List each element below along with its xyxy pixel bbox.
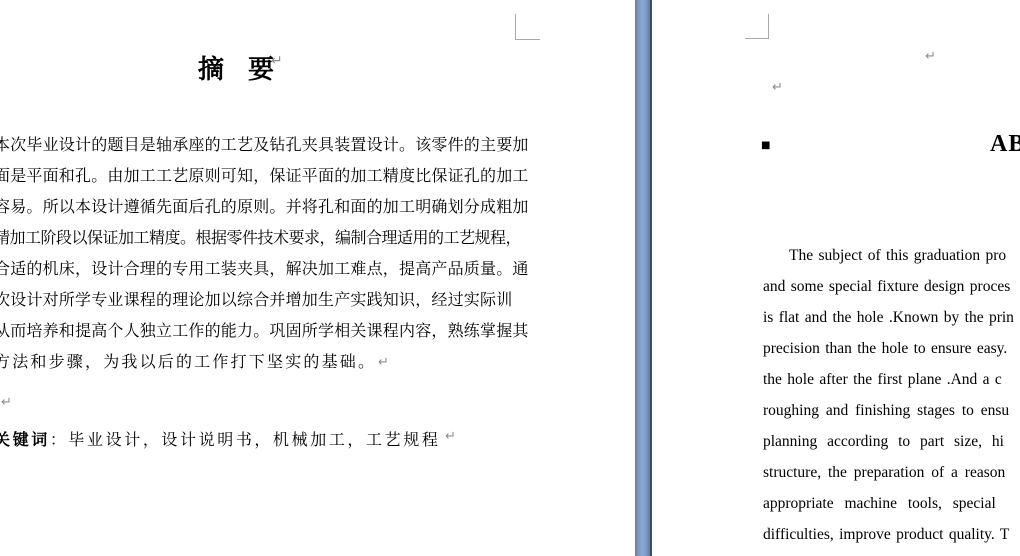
paragraph-line: appropriate machine tools, special xyxy=(763,488,1020,519)
paragraph-line: 方法和步骤，为我以后的工作打下坚实的基础。 xyxy=(0,347,554,378)
text-boundary-crop-mark-icon xyxy=(745,14,769,39)
pilcrow-mark-icon: ↵ xyxy=(271,55,283,68)
pilcrow-mark-icon: ↵ xyxy=(445,430,456,443)
english-abstract-title: ABSTRACT xyxy=(990,131,1020,158)
pilcrow-mark-icon: ↵ xyxy=(1,396,12,409)
paragraph-line: difficulties, improve product quality. T xyxy=(763,519,1020,550)
keywords-text: 毕业设计，设计说明书，机械加工，工艺规程 xyxy=(68,432,440,449)
page-gap-divider xyxy=(635,0,652,556)
left-page-chinese-abstract[interactable]: 摘 要 ↵ 本次毕业设计的题目是轴承座的工艺及钻孔夹具装置设计。该零件的主要加 … xyxy=(0,0,635,556)
paragraph-line: 本次毕业设计的题目是轴承座的工艺及钻孔夹具装置设计。该零件的主要加 xyxy=(0,130,554,161)
document-viewport: { "left_page": { "title": "摘 要", "body_l… xyxy=(0,0,1020,556)
chinese-abstract-title: 摘 要 xyxy=(198,49,273,86)
text-boundary-crop-mark-icon xyxy=(515,14,540,40)
keywords-line: 关键词：毕业设计，设计说明书，机械加工，工艺规程 xyxy=(0,427,440,450)
paragraph-line: and some special fixture design proces xyxy=(763,271,1020,302)
right-page-english-abstract[interactable]: ↵ ↵ ■ ABSTRACT The subject of this gradu… xyxy=(652,0,1020,556)
paragraph-line: 从而培养和提高个人独立工作的能力。巩固所学相关课程内容，熟练掌握其 xyxy=(0,316,554,347)
paragraph-line: The subject of this graduation pro xyxy=(763,240,1020,271)
paragraph-line: 精加工阶段以保证加工精度。根据零件技术要求，编制合理适用的工艺规程， xyxy=(0,223,554,254)
pilcrow-mark-icon: ↵ xyxy=(925,50,936,63)
paragraph-line: precision than the hole to ensure easy. xyxy=(763,333,1020,364)
paragraph-line: 次设计对所学专业课程的理论加以综合并增加生产实践知识，经过实际训 xyxy=(0,285,554,316)
paragraph-line: 面是平面和孔。由加工工艺原则可知，保证平面的加工精度比保证孔的加工 xyxy=(0,161,554,192)
english-abstract-paragraph: The subject of this graduation pro and s… xyxy=(763,240,1020,550)
paragraph-line: roughing and finishing stages to ensu xyxy=(763,395,1020,426)
paragraph-line: is flat and the hole .Known by the prin xyxy=(763,302,1020,333)
paragraph-line: structure, the preparation of a reason xyxy=(763,457,1020,488)
paragraph-line: 合适的机床，设计合理的专用工装夹具，解决加工难点，提高产品质量。通 xyxy=(0,254,554,285)
keywords-label: 关键词 xyxy=(0,432,50,449)
chinese-abstract-paragraph: 本次毕业设计的题目是轴承座的工艺及钻孔夹具装置设计。该零件的主要加 面是平面和孔… xyxy=(0,130,554,378)
keywords-separator: ： xyxy=(50,432,69,449)
pilcrow-mark-icon: ↵ xyxy=(772,81,783,94)
square-bullet-mark-icon: ■ xyxy=(761,141,770,151)
pilcrow-mark-icon: ↵ xyxy=(378,356,389,369)
paragraph-line: the hole after the first plane .And a c xyxy=(763,364,1020,395)
paragraph-line: planning according to part size, hi xyxy=(763,426,1020,457)
paragraph-line: 容易。所以本设计遵循先面后孔的原则。并将孔和面的加工明确划分成粗加 xyxy=(0,192,554,223)
